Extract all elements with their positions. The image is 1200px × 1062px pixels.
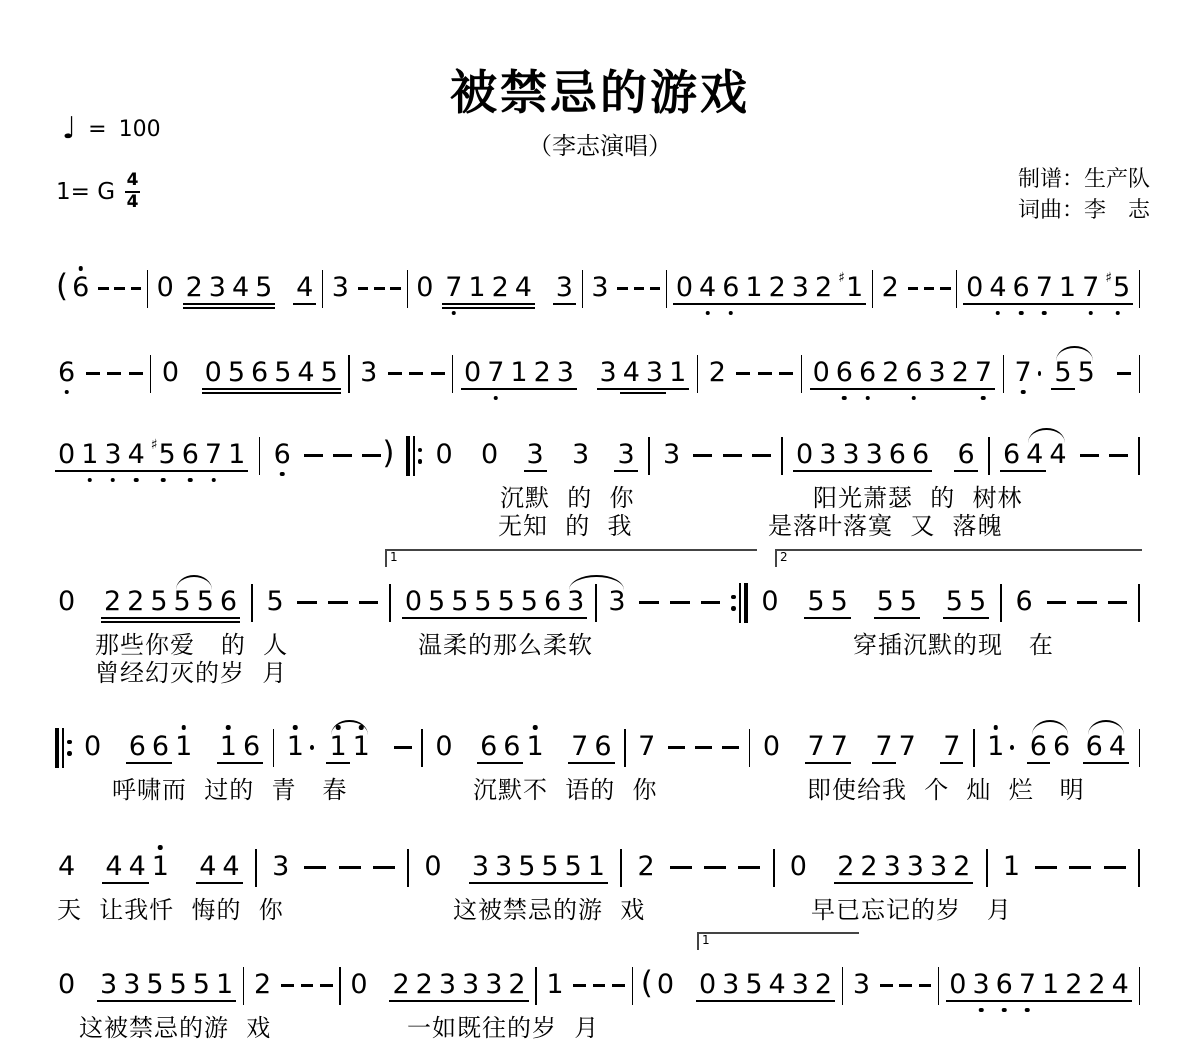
spacer	[341, 985, 348, 986]
note: 6	[1083, 720, 1106, 775]
note: 4	[102, 840, 125, 895]
underline	[986, 303, 1009, 305]
note-number: 4	[105, 853, 122, 880]
note-number: 0	[464, 359, 481, 386]
note: 4	[620, 346, 643, 401]
note-number: 0	[58, 971, 75, 998]
underline	[904, 882, 927, 884]
sharp-sign: ♯	[1105, 271, 1112, 285]
note-number: 6	[152, 733, 169, 760]
note: 5	[194, 575, 217, 630]
note-number: 4	[129, 853, 146, 880]
underline	[897, 617, 920, 619]
note-number: 0	[790, 853, 807, 880]
note-number: 7	[808, 733, 825, 760]
note-number: 2	[769, 274, 786, 301]
spacer	[893, 985, 900, 986]
spacer	[378, 602, 389, 603]
note-number: 6	[480, 733, 497, 760]
dash	[304, 454, 323, 457]
dash	[670, 601, 690, 604]
underline	[101, 470, 124, 472]
dash	[634, 287, 645, 290]
underline	[500, 762, 523, 764]
note: 6	[591, 720, 614, 775]
note: 6	[69, 261, 92, 316]
octave-dot-low	[452, 311, 457, 316]
note-number: 6	[722, 274, 739, 301]
note-number: 1	[216, 971, 233, 998]
note-number: 5	[197, 588, 214, 615]
underline	[492, 882, 515, 884]
underline	[719, 303, 742, 305]
note: 6	[541, 575, 564, 630]
note: 6	[500, 720, 523, 775]
spacer	[395, 867, 407, 868]
underline	[171, 621, 194, 623]
dash	[129, 372, 143, 375]
spacer	[72, 747, 82, 748]
note-number: 5	[150, 588, 167, 615]
octave-dot-low	[494, 396, 499, 401]
spacer	[422, 455, 432, 456]
note: 5	[318, 346, 341, 401]
dash	[131, 287, 142, 290]
underline	[179, 470, 202, 472]
note-number: 3	[556, 274, 573, 301]
note-number: 4	[222, 853, 239, 880]
underline	[183, 303, 206, 305]
octave-dot-low	[1042, 311, 1047, 316]
note: 2	[1085, 958, 1108, 1013]
spacer	[615, 747, 625, 748]
note: 3	[482, 958, 505, 1013]
note: 2	[413, 958, 436, 1013]
underline	[271, 392, 294, 394]
underline	[1000, 470, 1023, 472]
slur-group: 11	[326, 720, 372, 775]
underline	[206, 307, 229, 309]
note: 3	[206, 261, 229, 316]
underline	[512, 307, 535, 309]
note-number: 1	[287, 733, 304, 760]
note: 0	[81, 720, 104, 775]
barline	[1139, 967, 1140, 1005]
dash	[758, 372, 772, 375]
note-number: 0	[58, 588, 75, 615]
spacer	[263, 747, 273, 748]
note: 1	[217, 720, 240, 775]
note: 6	[217, 575, 240, 630]
note: 3	[926, 346, 949, 401]
note: 4	[294, 346, 317, 401]
note-number: 3	[485, 971, 502, 998]
note-number: 1	[1003, 853, 1020, 880]
underline	[966, 617, 989, 619]
spacer	[361, 867, 373, 868]
spacer	[729, 373, 737, 374]
lyric-run: 早已忘记的岁 月	[811, 890, 1012, 925]
dash	[722, 746, 739, 749]
spacer	[317, 747, 327, 748]
note-number: 5	[1078, 359, 1095, 386]
underline	[183, 307, 206, 309]
spacer	[1132, 985, 1139, 986]
note: 4	[696, 261, 719, 316]
underline	[816, 470, 839, 472]
underline	[217, 617, 240, 619]
note-number: 7	[638, 733, 655, 760]
spacer	[712, 455, 722, 456]
note: 3	[597, 346, 620, 401]
note: 6	[149, 720, 172, 775]
note: 3	[120, 958, 143, 1013]
dash	[650, 287, 661, 290]
octave-dot-low	[912, 396, 917, 401]
note: 0	[758, 575, 781, 630]
note: 5	[471, 575, 494, 630]
dash	[779, 372, 793, 375]
underline	[943, 617, 966, 619]
dash	[98, 287, 109, 290]
note: 4	[1023, 428, 1046, 483]
note: 6	[179, 428, 202, 483]
note-number: 5	[146, 971, 163, 998]
note: 2	[183, 261, 206, 316]
note: 2	[834, 840, 857, 895]
spacer	[658, 747, 668, 748]
lyric-run: 温柔的那么柔软	[418, 625, 593, 660]
note-number: 2	[392, 971, 409, 998]
note: 6	[126, 720, 149, 775]
note: 1	[1056, 261, 1079, 316]
note: 7	[828, 720, 851, 775]
spacer	[712, 747, 722, 748]
spacer	[445, 867, 457, 868]
note-number: 0	[58, 441, 75, 468]
lyric-run: 这被禁忌的游 戏	[453, 890, 645, 925]
underline	[271, 388, 294, 390]
spacer	[260, 455, 270, 456]
note-number: 4	[232, 274, 249, 301]
underline	[863, 470, 886, 472]
barline	[1138, 437, 1140, 475]
spacer	[1044, 373, 1052, 374]
note-number: 1	[228, 441, 245, 468]
note-number: 6	[905, 359, 922, 386]
note: 2	[489, 261, 512, 316]
barline	[1139, 729, 1141, 767]
note: 3	[643, 346, 666, 401]
note-number: 5	[255, 274, 272, 301]
spacer	[608, 867, 620, 868]
note: 2	[879, 261, 902, 316]
underline	[1056, 303, 1079, 305]
underline	[495, 617, 518, 619]
repeat-begin-sign	[406, 436, 423, 476]
note-number: 0	[676, 274, 693, 301]
underline	[482, 1000, 505, 1002]
octave-dot-low	[111, 478, 116, 483]
spacer	[172, 867, 184, 868]
note-number: 2	[815, 971, 832, 998]
notes-row: 600565453071233431206626327755	[55, 346, 1140, 401]
underline	[425, 617, 448, 619]
subtitle-performer: （李志演唱）	[0, 126, 1200, 161]
note: 2	[812, 261, 835, 316]
underline	[812, 1000, 835, 1002]
note-number: 0	[424, 853, 441, 880]
note: 0	[55, 958, 78, 1013]
underline	[585, 882, 608, 884]
dash	[409, 372, 423, 375]
underline	[190, 1000, 213, 1002]
lyric-run: 穿插沉默的现 在	[853, 625, 1054, 660]
spacer	[989, 602, 1000, 603]
note-number: 5	[1113, 274, 1130, 301]
spacer	[1126, 867, 1138, 868]
note-number: 7	[975, 359, 992, 386]
underline	[1039, 1000, 1062, 1002]
dash	[704, 866, 726, 869]
underline	[143, 1000, 166, 1002]
octave-dot-low	[1115, 311, 1120, 316]
note-number: 6	[503, 733, 520, 760]
spacer	[995, 373, 1003, 374]
note-number: 3	[972, 971, 989, 998]
spacer	[1127, 602, 1138, 603]
spacer	[121, 373, 129, 374]
underline	[202, 392, 225, 394]
underline	[696, 303, 719, 305]
spacer	[698, 373, 706, 374]
note: 3	[927, 840, 950, 895]
underline	[318, 392, 341, 394]
note-number: 2	[860, 853, 877, 880]
note-number: 1	[588, 853, 605, 880]
note: 3	[904, 840, 927, 895]
note-number: 0	[796, 441, 813, 468]
note: 3	[269, 840, 292, 895]
octave-dot-high	[158, 845, 163, 850]
underline	[294, 392, 317, 394]
note: 6	[1010, 261, 1033, 316]
note-number: 1	[669, 359, 686, 386]
note: ♯1	[835, 261, 866, 316]
note-number: 6	[129, 733, 146, 760]
octave-dot-low	[161, 478, 166, 483]
note-number: 4	[58, 853, 75, 880]
slur-group: 33	[564, 575, 628, 630]
underline	[217, 762, 240, 764]
underline	[225, 470, 248, 472]
note-number: 3	[646, 359, 663, 386]
note: 2	[389, 958, 412, 1013]
slur-group: 66	[1027, 720, 1073, 775]
lyric-run: 沉默不 语的 你	[473, 770, 658, 805]
octave-dot-high	[78, 266, 83, 271]
spacer	[793, 373, 801, 374]
underline	[620, 392, 643, 394]
note: 2	[634, 840, 657, 895]
note-number: 4	[699, 274, 716, 301]
note-number: 6	[889, 441, 906, 468]
note: 3	[459, 958, 482, 1013]
note-number: 5	[969, 588, 986, 615]
spacer	[294, 455, 304, 456]
note-number: 3	[360, 359, 377, 386]
note-number: 3	[495, 853, 512, 880]
spacer	[748, 602, 759, 603]
octave-dot-low	[979, 1008, 984, 1013]
spacer	[182, 373, 190, 374]
octave-dot-low	[865, 396, 870, 401]
note: 6	[954, 428, 977, 483]
underline	[413, 1000, 436, 1002]
note-number: 1	[546, 971, 563, 998]
note-number: 1	[81, 441, 98, 468]
note-number: 7	[875, 733, 892, 760]
note: 5	[425, 575, 448, 630]
note: 0	[810, 346, 833, 401]
spacer	[1070, 455, 1080, 456]
note-number: 7	[445, 274, 462, 301]
note-number: 0	[949, 971, 966, 998]
barline	[1138, 584, 1140, 622]
spacer	[783, 747, 793, 748]
dash	[388, 372, 402, 375]
note-number: 3	[930, 853, 947, 880]
dash	[693, 454, 712, 457]
underline	[886, 470, 909, 472]
note-number: 2	[534, 359, 551, 386]
dash	[297, 601, 317, 604]
lyric-run: 呼啸而 过的 青 春	[112, 770, 347, 805]
spacer	[78, 867, 90, 868]
underline	[147, 621, 170, 623]
note-number: 6	[1013, 274, 1030, 301]
underline	[940, 762, 963, 764]
note: 0	[478, 428, 501, 483]
note-number: 2	[416, 971, 433, 998]
spacer	[742, 455, 752, 456]
note: 0	[55, 575, 78, 630]
note: 6	[1050, 720, 1073, 775]
note: 2	[505, 958, 528, 1013]
note: 0	[787, 840, 810, 895]
underline	[102, 882, 125, 884]
note: 1	[225, 428, 248, 483]
note: 6	[833, 346, 856, 401]
note: 5	[171, 575, 194, 630]
note: 2	[812, 958, 835, 1013]
note: 3	[816, 428, 839, 483]
note-number: 4	[1112, 971, 1129, 998]
notes-row: 066116111066176707777716664	[55, 720, 1140, 775]
note: 5	[225, 346, 248, 401]
tempo-equals: =	[88, 117, 106, 142]
note: 6	[909, 428, 932, 483]
note-number: 1	[152, 853, 169, 880]
note: 7	[972, 346, 995, 401]
spacer	[990, 455, 1000, 456]
note-number: 3	[722, 971, 739, 998]
octave-dot-high	[993, 725, 998, 730]
underline	[1085, 1000, 1108, 1002]
note: ♯5	[1102, 261, 1133, 316]
dash	[304, 866, 326, 869]
note-number: 6	[243, 733, 260, 760]
octave-dot-low	[981, 396, 986, 401]
underline	[147, 617, 170, 619]
dash	[908, 287, 919, 290]
note: 3	[524, 428, 547, 483]
underline	[812, 303, 835, 305]
spacer	[973, 867, 985, 868]
underline	[879, 388, 902, 390]
note-number: 0	[761, 588, 778, 615]
note-number: 5	[541, 853, 558, 880]
dash	[612, 984, 625, 987]
spacer	[739, 747, 749, 748]
spacer	[341, 373, 349, 374]
note-number: 3	[591, 274, 608, 301]
note-number: 2	[882, 359, 899, 386]
note: 3	[101, 428, 124, 483]
note-number: 1	[220, 733, 237, 760]
note: 3	[863, 428, 886, 483]
note: 7	[1016, 958, 1039, 1013]
underline	[766, 1000, 789, 1002]
note-number: 1	[1042, 971, 1059, 998]
note-number: 7	[943, 733, 960, 760]
spacer	[78, 985, 85, 986]
note-number: 5	[807, 588, 824, 615]
note-number: 3	[842, 441, 859, 468]
dash	[362, 454, 381, 457]
note-number: 6	[1086, 733, 1103, 760]
note-number: 7	[1082, 274, 1099, 301]
note: 2	[949, 346, 972, 401]
underline	[149, 762, 172, 764]
octave-dot-low	[88, 478, 93, 483]
note: 4	[229, 261, 252, 316]
note-number: 0	[763, 733, 780, 760]
notes-row: 0134♯56716)0033330333666644	[55, 428, 1140, 483]
note-number: 5	[498, 588, 515, 615]
dash	[670, 866, 692, 869]
note-number: 1	[468, 274, 485, 301]
barline	[1139, 270, 1140, 308]
note: 5	[828, 575, 851, 630]
underline	[124, 617, 147, 619]
note-number: 5	[170, 971, 187, 998]
underline	[126, 882, 149, 884]
note: 0	[432, 720, 455, 775]
spacer	[658, 867, 670, 868]
underline	[124, 621, 147, 623]
spacer	[275, 288, 281, 289]
spacer	[1004, 373, 1012, 374]
note: 4	[196, 840, 219, 895]
dash	[374, 287, 385, 290]
spacer	[810, 867, 822, 868]
spacer	[1066, 602, 1077, 603]
note-number: 5	[228, 359, 245, 386]
note: 5	[515, 840, 538, 895]
underline	[954, 470, 977, 472]
note-number: 6	[912, 441, 929, 468]
